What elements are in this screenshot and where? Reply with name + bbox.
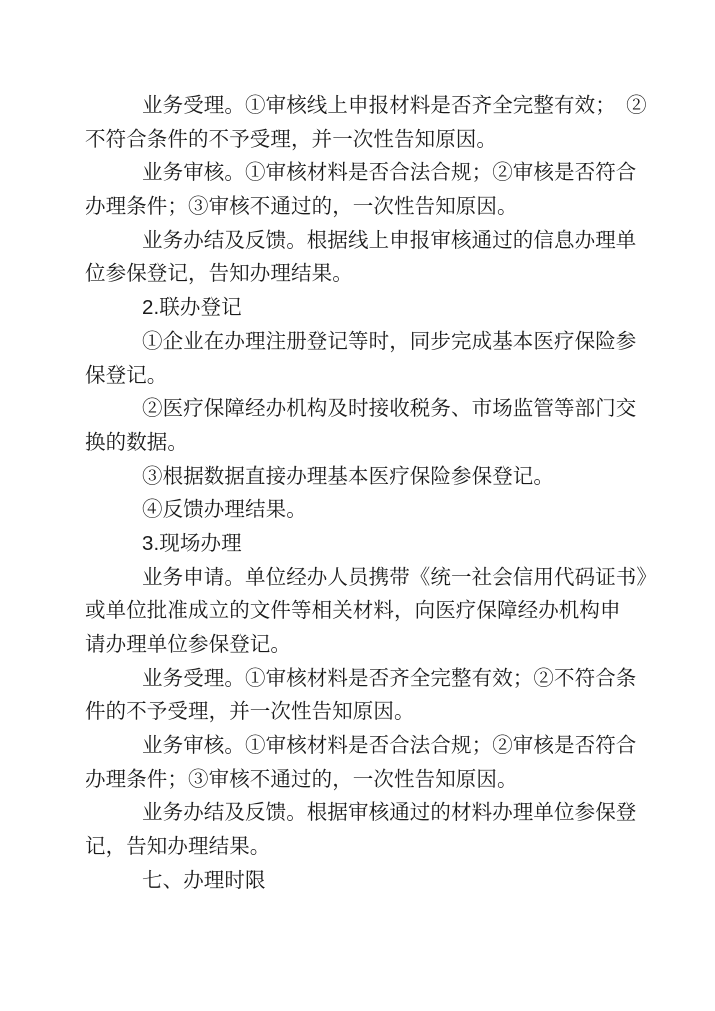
section-heading: 七、办理时限 [85, 864, 645, 898]
doc-line: ①企业在办理注册登记等时，同步完成基本医疗保险参 [85, 325, 645, 359]
doc-line: ②医疗保障经办机构及时接收税务、市场监管等部门交 [85, 392, 645, 426]
doc-line: 业务办结及反馈。根据线上申报审核通过的信息办理单 [85, 224, 645, 258]
doc-line: 办理条件；③审核不通过的，一次性告知原因。 [85, 190, 645, 224]
doc-line: 不符合条件的不予受理，并一次性告知原因。 [85, 123, 645, 157]
subheading-3: 3.现场办理 [85, 527, 645, 561]
doc-line: 业务审核。①审核材料是否合法合规；②审核是否符合 [85, 156, 645, 190]
doc-line: 请办理单位参保登记。 [85, 628, 645, 662]
doc-line: ④反馈办理结果。 [85, 493, 645, 527]
doc-line: 记，告知办理结果。 [85, 830, 645, 864]
doc-line: 业务受理。①审核材料是否齐全完整有效；②不符合条 [85, 662, 645, 696]
doc-line: 换的数据。 [85, 426, 645, 460]
doc-line: 或单位批准成立的文件等相关材料，向医疗保障经办机构申 [85, 594, 645, 628]
doc-line: 办理条件；③审核不通过的，一次性告知原因。 [85, 763, 645, 797]
doc-line: ③根据数据直接办理基本医疗保险参保登记。 [85, 460, 645, 494]
doc-line: 业务申请。单位经办人员携带《统一社会信用代码证书》 [85, 561, 645, 595]
doc-line: 保登记。 [85, 359, 645, 393]
doc-line: 业务办结及反馈。根据审核通过的材料办理单位参保登 [85, 796, 645, 830]
document-page: 业务受理。①审核线上申报材料是否齐全完整有效； ② 不符合条件的不予受理，并一次… [0, 0, 715, 1011]
doc-line: 业务审核。①审核材料是否合法合规；②审核是否符合 [85, 729, 645, 763]
doc-line: 业务受理。①审核线上申报材料是否齐全完整有效； ② [85, 89, 645, 123]
subheading-2: 2.联办登记 [85, 291, 645, 325]
doc-line: 位参保登记，告知办理结果。 [85, 257, 645, 291]
doc-line: 件的不予受理，并一次性告知原因。 [85, 695, 645, 729]
